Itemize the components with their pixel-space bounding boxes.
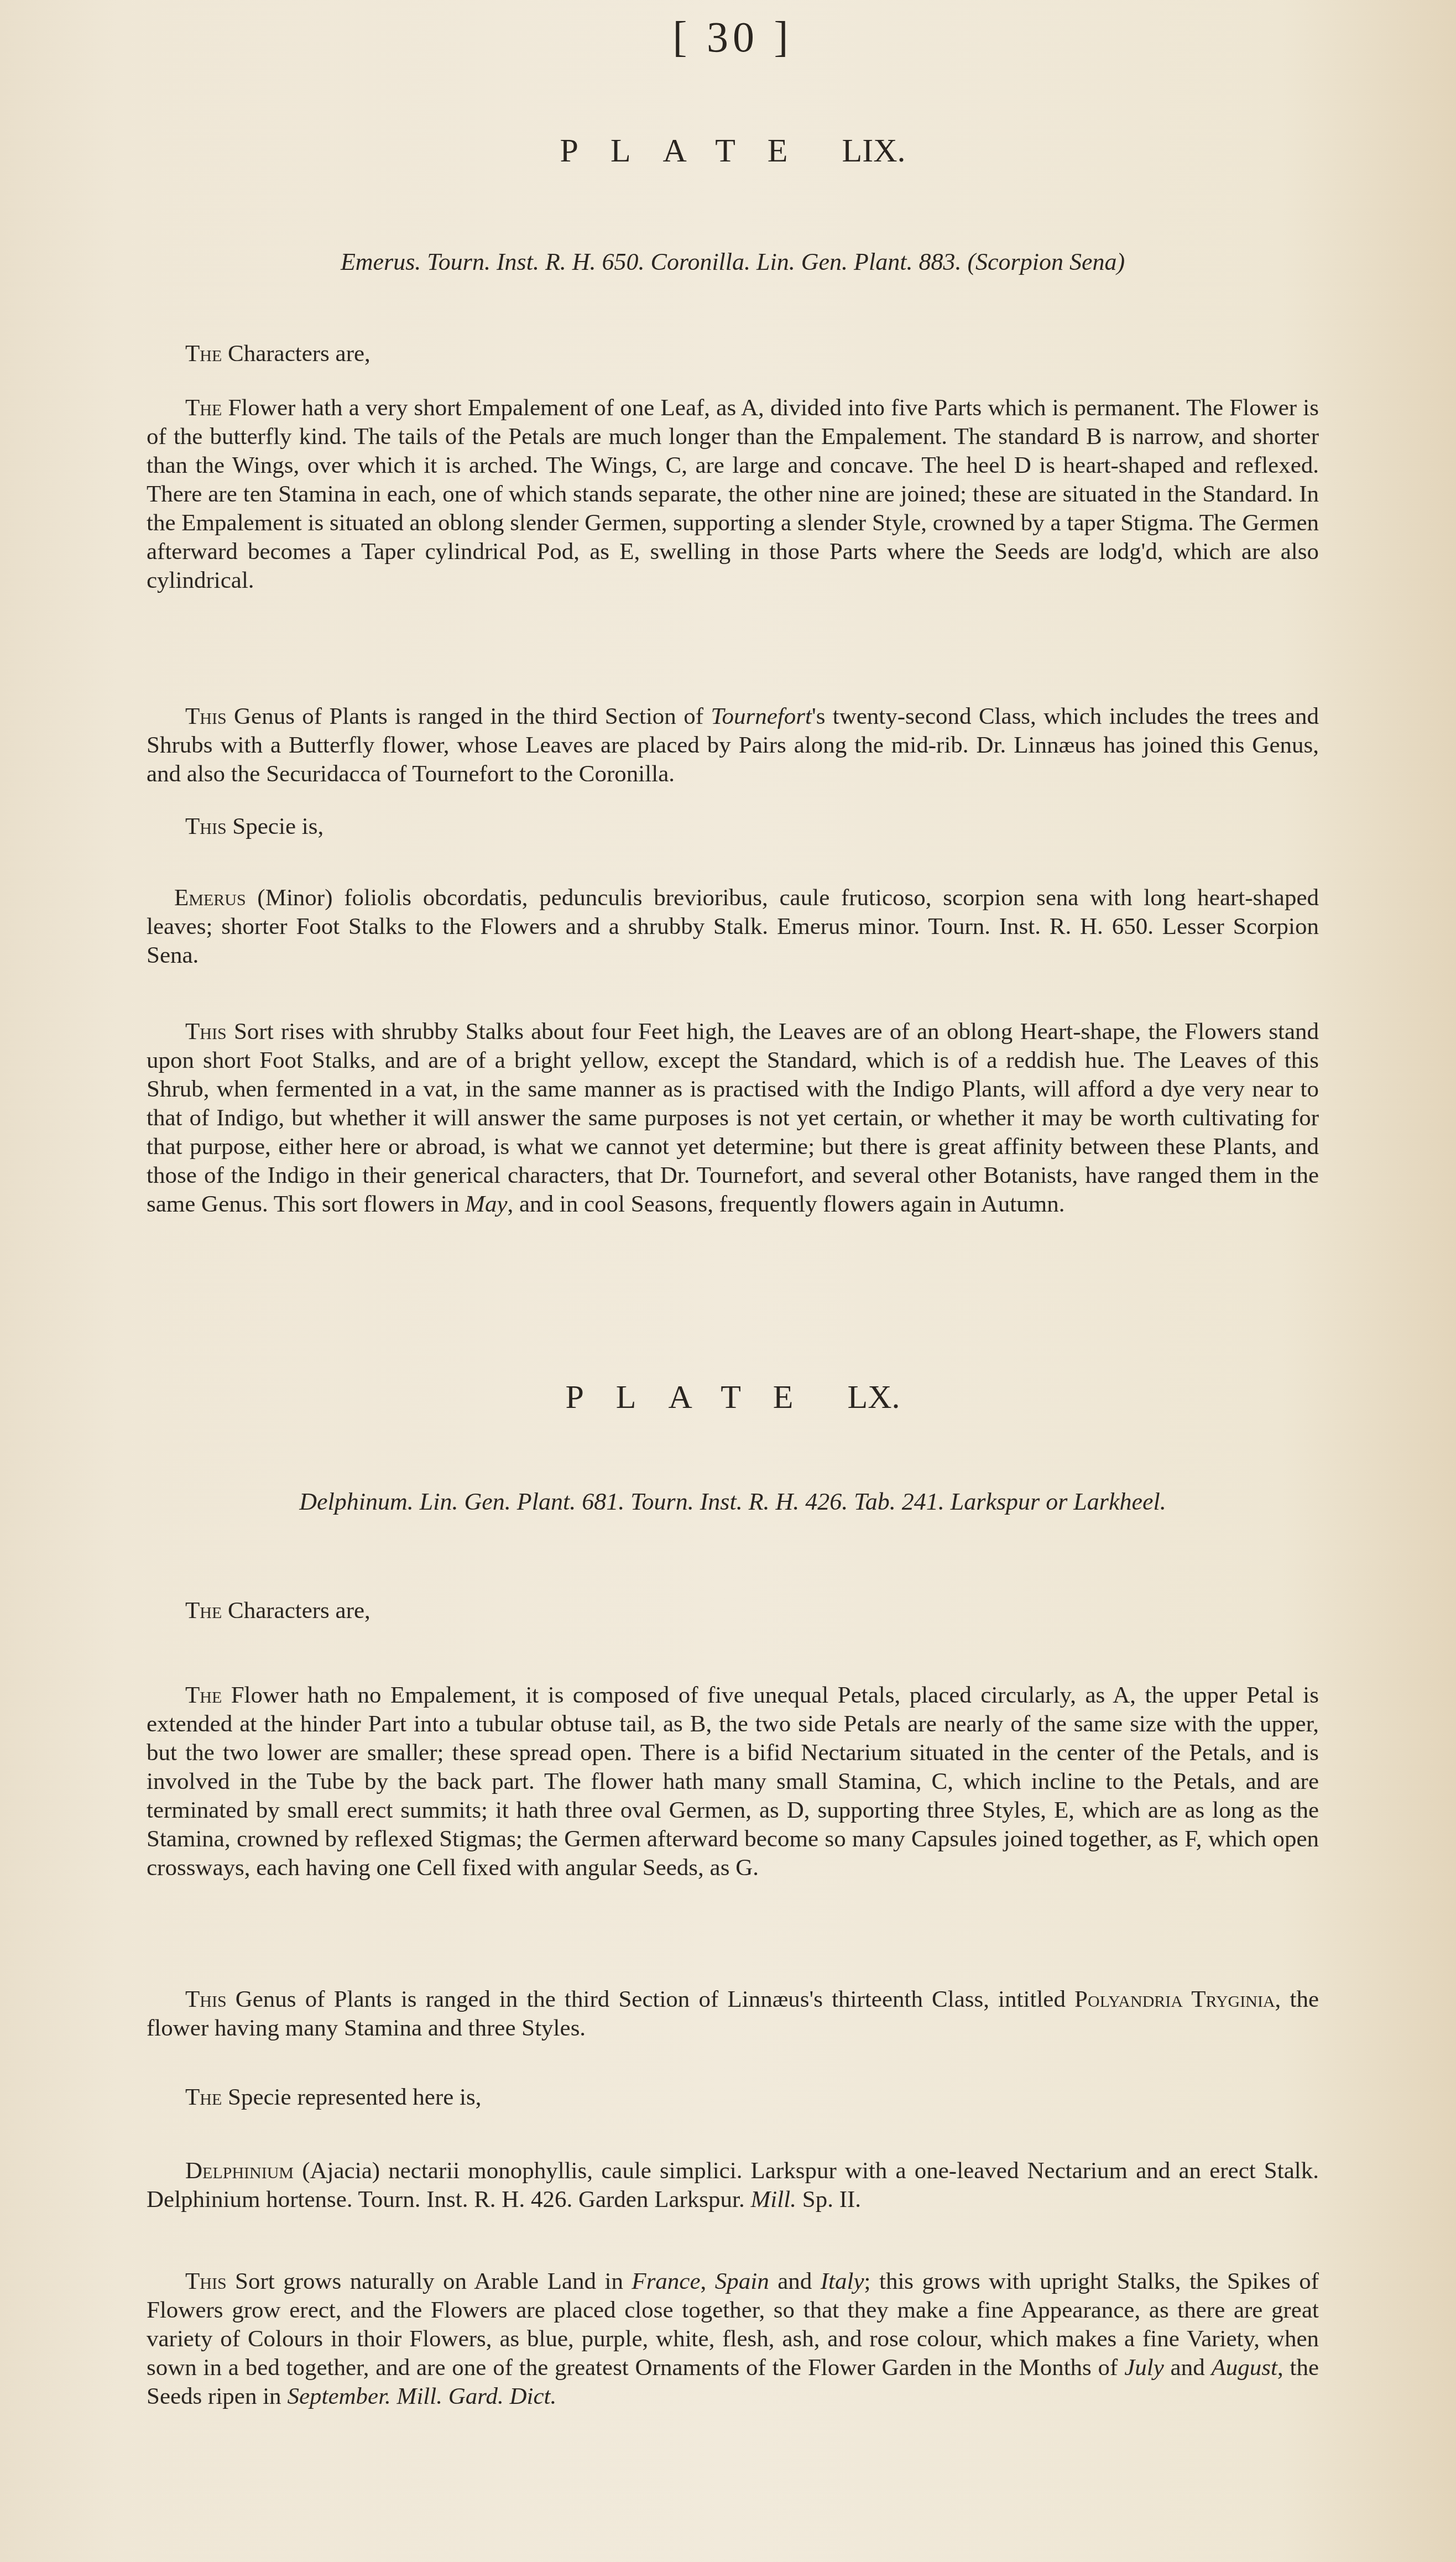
- paragraph-text: Sort grows naturally on Arable Land in: [227, 2268, 632, 2294]
- paragraph-text: , and in cool Seasons, frequently flower…: [507, 1191, 1064, 1217]
- plate-lx-specie-paragraph: Delphinium (Ajacia) nectarii monophyllis…: [147, 2157, 1319, 2214]
- plate-lix-sort-paragraph: This Sort rises with shrubby Stalks abou…: [147, 1018, 1319, 1219]
- lead-word: The: [185, 395, 222, 421]
- page-number: [ 30 ]: [147, 12, 1319, 62]
- italic-place: Spain: [715, 2268, 769, 2294]
- lead-word: This: [185, 813, 227, 839]
- plate-lix-specie-intro: This Specie is,: [185, 813, 323, 840]
- lead-word: Emerus: [174, 885, 246, 911]
- plate-number: LIX.: [842, 132, 906, 169]
- plate-lx-sort-paragraph: This Sort grows naturally on Arable Land…: [147, 2267, 1319, 2411]
- paragraph-text: ,: [701, 2268, 715, 2294]
- paragraph-text: Flower hath a very short Empalement of o…: [147, 395, 1319, 593]
- paragraph-text: (Ajacia) nectarii monophyllis, caule sim…: [147, 2158, 1319, 2213]
- lead-text: Characters are,: [222, 1598, 370, 1624]
- italic-place: Italy: [821, 2268, 864, 2294]
- paragraph-text: and: [769, 2268, 821, 2294]
- lead-word: The: [185, 341, 222, 367]
- lead-word: Delphinium: [185, 2158, 294, 2184]
- plate-lix-synonymy: Emerus. Tourn. Inst. R. H. 650. Coronill…: [147, 248, 1319, 276]
- paragraph-text: Genus of Plants is ranged in the third S…: [227, 1986, 1074, 2012]
- plate-lix-heading: PLATELIX.: [147, 132, 1319, 170]
- plate-lx-synonymy: Delphinum. Lin. Gen. Plant. 681. Tourn. …: [147, 1488, 1319, 1516]
- italic-month: July: [1124, 2355, 1164, 2381]
- lead-text: Characters are,: [222, 341, 370, 367]
- lead-word: The: [185, 2084, 222, 2110]
- paragraph-text: Genus of Plants is ranged in the third S…: [227, 703, 711, 729]
- paragraph-text: Sort rises with shrubby Stalks about fou…: [147, 1019, 1319, 1217]
- lead-word: This: [185, 1019, 227, 1045]
- lead-word: This: [185, 703, 227, 729]
- plate-lx-specie-intro: The Specie represented here is,: [185, 2084, 481, 2111]
- plate-lix-genus-paragraph: This Genus of Plants is ranged in the th…: [147, 702, 1319, 789]
- italic-place: France: [632, 2268, 700, 2294]
- lead-word: The: [185, 1682, 222, 1708]
- plate-lx-genus-paragraph: This Genus of Plants is ranged in the th…: [147, 1985, 1319, 2043]
- plate-lx-heading: PLATELX.: [147, 1378, 1319, 1416]
- lead-word: This: [185, 2268, 227, 2294]
- italic-name: Tournefort: [711, 703, 811, 729]
- plate-lx-characters-intro: The Characters are,: [185, 1597, 370, 1624]
- lead-word: This: [185, 1986, 227, 2012]
- plate-lx-characters-paragraph: The Flower hath no Empalement, it is com…: [147, 1681, 1319, 1882]
- plate-lix-specie-paragraph: Emerus (Minor) foliolis obcordatis, pedu…: [147, 884, 1319, 970]
- plate-word: PLATE: [560, 132, 820, 169]
- lead-text: Specie represented here is,: [222, 2084, 481, 2110]
- plate-word: PLATE: [566, 1379, 826, 1415]
- paragraph-text: and: [1164, 2355, 1212, 2381]
- lead-text: Specie is,: [227, 813, 324, 839]
- plate-number: LX.: [848, 1379, 900, 1415]
- italic-citation: September. Mill. Gard. Dict.: [287, 2383, 556, 2409]
- italic-citation: Mill.: [751, 2187, 796, 2213]
- paragraph-text: (Minor) foliolis obcordatis, pedunculis …: [147, 885, 1319, 968]
- lead-word: The: [185, 1598, 222, 1624]
- plate-lix-characters-intro: The Characters are,: [185, 340, 370, 367]
- plate-lix-characters-paragraph: The Flower hath a very short Empalement …: [147, 394, 1319, 595]
- italic-month: May: [465, 1191, 507, 1217]
- paragraph-text: Flower hath no Empalement, it is compose…: [147, 1682, 1319, 1881]
- paragraph-text: Sp. II.: [796, 2187, 861, 2213]
- class-name: Polyandria Tryginia: [1074, 1986, 1275, 2012]
- italic-month: August: [1211, 2355, 1277, 2381]
